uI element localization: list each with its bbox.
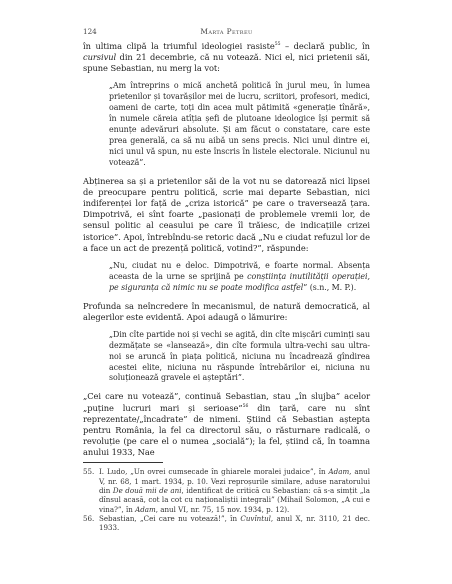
paragraph-1: în ultima clipă la triumful ideologiei r… xyxy=(83,41,370,74)
block-quote-1: „Am întreprins o mică anchetă politică î… xyxy=(109,81,370,168)
paragraph-4: „Cei care nu votează”, continuă Sebastia… xyxy=(83,391,370,458)
page-header: 124 Marta Petreu xyxy=(83,27,370,41)
book-page: 124 Marta Petreu în ultima clipă la triu… xyxy=(83,27,370,532)
text: ” (s.n., M. P.). xyxy=(303,283,356,292)
footnote-text: I. Ludo, „Un ovrei cumsecade în ghiarele… xyxy=(99,467,370,513)
footnote-55: 55. I. Ludo, „Un ovrei cumsecade în ghia… xyxy=(83,467,370,513)
running-head: Marta Petreu xyxy=(83,27,370,36)
text: din 21 decembrie, că nu votează. Nici el… xyxy=(83,52,370,73)
footnote-56: 56. Sebastian, „Cei care nu votează!”, î… xyxy=(83,514,370,533)
footnote-text: Sebastian, „Cei care nu votează!”, în Cu… xyxy=(99,514,370,533)
footnote-divider xyxy=(83,462,163,463)
text: Sebastian, „Cei care nu votează!”, în xyxy=(99,514,240,523)
footnote-number: 55. xyxy=(83,467,99,513)
text: – declară public, în xyxy=(280,41,370,51)
text: , anul VI, nr. 75, 15 nov. 1934, p. 12). xyxy=(156,505,290,514)
block-quote-3: „Din cîte partide noi și vechi se agită,… xyxy=(109,330,370,385)
italic-text: Adam xyxy=(135,505,156,514)
italic-text: Cuvîntul xyxy=(240,514,271,523)
block-quote-2: „Nu, ciudat nu e deloc. Dimpotrivă, e fo… xyxy=(109,261,370,294)
text: în ultima clipă la triumful ideologiei r… xyxy=(83,41,275,51)
italic-text: Adam xyxy=(329,467,350,476)
paragraph-2: Abținerea sa și a prietenilor săi de la … xyxy=(83,176,370,254)
text: I. Ludo, „Un ovrei cumsecade în ghiarele… xyxy=(99,467,329,476)
italic-text: cursivul xyxy=(83,52,116,62)
footnote-number: 56. xyxy=(83,514,99,533)
paragraph-3: Profunda sa neîncredere în mecanismul, d… xyxy=(83,301,370,323)
italic-text: De două mii de ani xyxy=(113,486,182,495)
